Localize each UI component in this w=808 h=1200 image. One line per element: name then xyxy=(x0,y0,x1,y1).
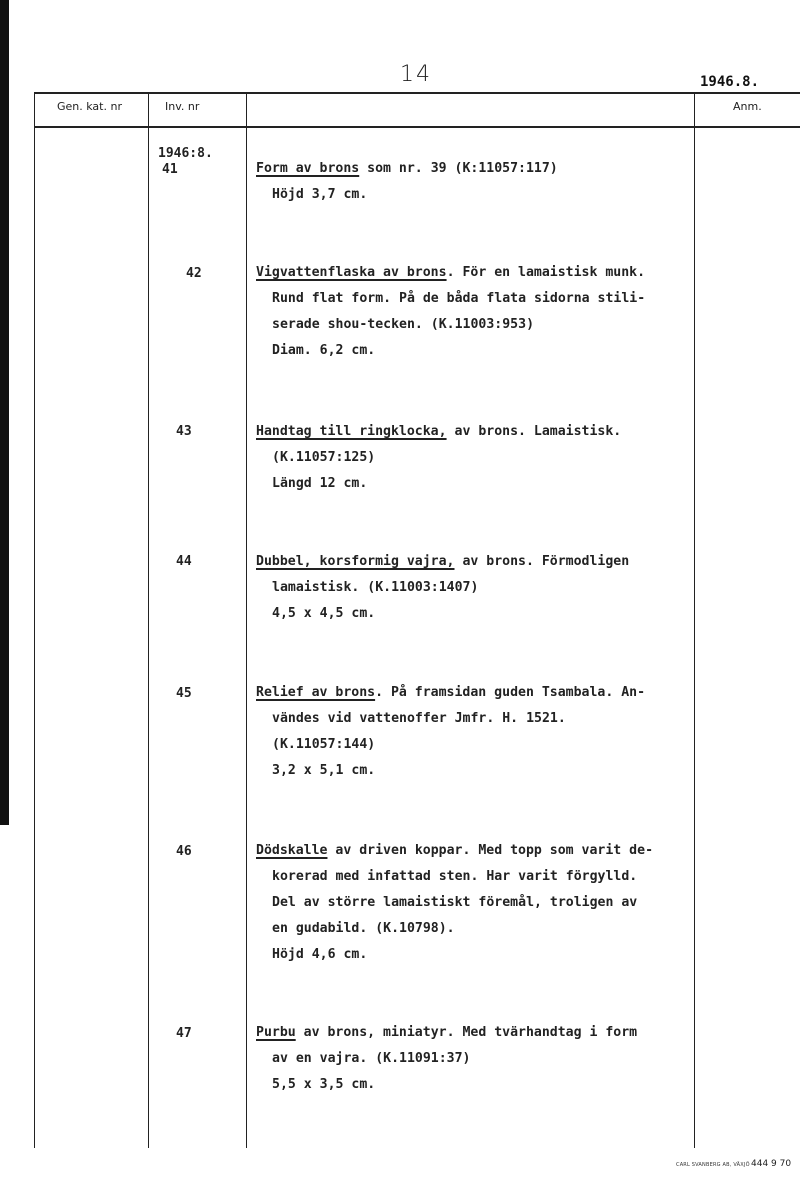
accession-number: 1946.8. xyxy=(700,74,759,90)
inv-number-41: 41 xyxy=(162,162,178,177)
column-header-anm: Anm. xyxy=(733,100,762,113)
printer-imprint: CARL SVANBERG AB, VÄXJÖ xyxy=(676,1162,750,1168)
inv-number-46: 46 xyxy=(176,844,192,859)
page-number: 14 xyxy=(400,62,432,87)
column-header-gen-kat-nr: Gen. kat. nr xyxy=(57,100,122,113)
entry-title: Form av brons xyxy=(256,161,359,176)
entry-42: Vigvattenflaska av brons. För en lamaist… xyxy=(256,260,696,364)
entry-title: Relief av brons xyxy=(256,685,375,700)
entry-44: Dubbel, korsformig vajra, av brons. Förm… xyxy=(256,549,696,627)
column-divider-gen-inv xyxy=(148,93,149,1148)
entry-title: Dödskalle xyxy=(256,843,327,858)
binding-strip xyxy=(0,0,9,825)
inv-number-44: 44 xyxy=(176,554,192,569)
form-number: 444 9 70 xyxy=(751,1159,791,1169)
entry-43: Handtag till ringklocka, av brons. Lamai… xyxy=(256,419,696,497)
inv-number-42: 42 xyxy=(186,266,202,281)
series-prefix: 1946:8. xyxy=(158,146,213,161)
column-divider-inv-desc xyxy=(246,93,247,1148)
entry-46: Dödskalle av driven koppar. Med topp som… xyxy=(256,838,696,968)
column-divider-left xyxy=(34,93,35,1148)
column-header-inv-nr: Inv. nr xyxy=(165,100,199,113)
entry-title: Vigvattenflaska av brons xyxy=(256,265,447,280)
inv-number-47: 47 xyxy=(176,1026,192,1041)
entry-title: Dubbel, korsformig vajra, xyxy=(256,554,455,569)
entry-title: Purbu xyxy=(256,1025,296,1040)
entry-45: Relief av brons. På framsidan guden Tsam… xyxy=(256,680,696,784)
inv-number-45: 45 xyxy=(176,686,192,701)
entry-47: Purbu av brons, miniatyr. Med tvärhandta… xyxy=(256,1020,696,1098)
entry-title: Handtag till ringklocka, xyxy=(256,424,447,439)
entry-41: Form av brons som nr. 39 (K:11057:117) H… xyxy=(256,156,696,208)
inv-number-43: 43 xyxy=(176,424,192,439)
